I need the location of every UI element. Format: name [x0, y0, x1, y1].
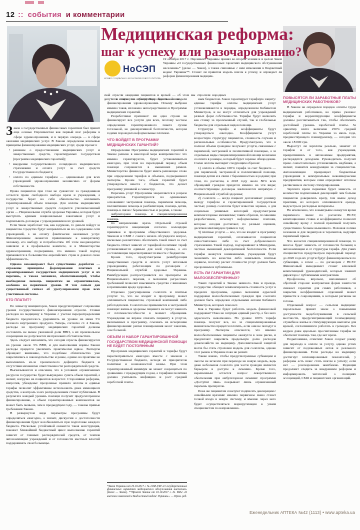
article-paragraph: 2) сооплата — когда пациент доплачивает …: [194, 196, 276, 230]
nosep-logo-tagline: НОВАЯ СОЦИАЛЬНО-ЭКОНОМИЧЕСКАЯ ПОЛИТИКА: [104, 78, 162, 80]
article-paragraph: Не исключено, что в выигрыше окажутся вр…: [283, 208, 356, 238]
article-headline: Медицинская реформа: шаг к успеху или ра…: [101, 24, 285, 59]
article-paragraph: Закон о государственных финансовых гаран…: [6, 126, 100, 147]
article-paragraph: ным бюджетом. Закон гарантирует тарифную…: [194, 97, 276, 127]
section-name-events: события: [28, 10, 62, 19]
article-paragraph: Отдельный вопрос — сельская медицина: па…: [283, 303, 356, 337]
bullet-item: оплата по единым тарифам — одинаковым дл…: [13, 175, 100, 188]
article-paragraph: В развернутом виде параметры программы б…: [6, 411, 100, 445]
bullet-list: решение о предоставлении медицинских усл…: [6, 148, 100, 188]
article-paragraph: Отдельно урегулированы сооплата и платны…: [107, 290, 187, 333]
print-artifact: [38, 1, 44, 4]
article-paragraph: Определение Программы медицинских гарант…: [107, 148, 187, 191]
article-paragraph: а в мире не обнаружено идеальной модели …: [107, 97, 187, 114]
article-paragraph: В Законе не определен порядок оплаты тру…: [283, 105, 356, 144]
article-paragraph: Как в Украине будет работать модель фина…: [194, 307, 276, 354]
headline-line1: Медицинская реформа:: [101, 24, 285, 44]
article-column-3: ным бюджетом. Закон гарантирует тарифную…: [194, 97, 276, 507]
article-paragraph: Вырастут ли зарплаты реально, зависит от…: [283, 144, 356, 187]
portrait-photo-left: [7, 26, 100, 122]
article-paragraph: Кроме того, предусмотрены реимбурсация л…: [107, 255, 187, 289]
article-column-4: ПОВЫСЯТСЯ ЛИ ЗАРАБОТНЫЕ ПЛАТЫ МЕДИЦИНСКИ…: [283, 93, 356, 507]
nosep-logo-name: НоСЭП: [123, 64, 156, 74]
article-paragraph: 3) платные услуги — все, что не входит в…: [194, 230, 276, 269]
article-paragraph: Однако законопроект был существенно дора…: [6, 262, 100, 296]
article-paragraph: По замыслу инициаторов, Закон предусматр…: [6, 304, 100, 338]
print-artifact: [25, 1, 34, 4]
bullet-item: внедрение государственного солидарного м…: [13, 162, 100, 175]
article-paragraph: Зарплата врача первички будет зависеть о…: [283, 187, 356, 208]
article-subheading: ЧТО ВОЙДЕТ В ПРОГРАММУ МЕДИЦИНСКИХ ГАРАН…: [107, 138, 187, 147]
nosep-logo: НоСЭП НОВАЯ СОЦИАЛЬНО-ЭКОНОМИЧЕСКАЯ ПОЛИ…: [104, 60, 162, 90]
article-paragraph: Что касается специализированной помощи, …: [283, 239, 356, 278]
article-paragraph: Программа медицинских гарантий и тарифы …: [107, 349, 187, 383]
article-intro: 19 октября 2017 г. Парламент Украины при…: [163, 57, 282, 79]
article-paragraph: по направлению врача. Отдельной строкой …: [107, 221, 187, 255]
article-paragraph: Подытоживая, отметим: Закон создает рамк…: [283, 337, 356, 380]
article-paragraph: Структура тарифа и коэффициенты будут ут…: [194, 127, 276, 166]
section-name-comments: и комментарии: [66, 10, 125, 19]
article-paragraph: Здесь следует напомнить, что сегодня отр…: [6, 338, 100, 368]
article-paragraph: амбулаторная помощь и специализированная…: [107, 212, 187, 221]
page-number: 12: [6, 10, 15, 19]
drop-cap: З: [6, 126, 14, 136]
header-rule: [6, 21, 228, 22]
article-paragraph: 1) оплата в объеме 100% тарифа за счет б…: [194, 166, 276, 196]
article-paragraph: Также важно, чтобы предусмотренные субве…: [194, 354, 276, 388]
bullet-item: решение о предоставлении медицинских усл…: [13, 148, 100, 161]
article-paragraph: Права пациентов при этом не сужаются: за…: [6, 189, 100, 223]
nosep-logo-icon: [104, 60, 121, 77]
article-paragraph: Пока же пациентам советуют подписать дек…: [194, 389, 276, 410]
article-paragraph: Разработчики признают: ни одна страна не…: [107, 114, 187, 135]
article-paragraph: Перечень услуг Программы закрепляется в …: [107, 191, 187, 212]
portrait-photo-left-image: [7, 26, 100, 122]
article-subheading: ОБЪЕМ И НАБОР ГАРАНТИРОВАННОЙ ГОСУДАРСТВ…: [107, 335, 187, 348]
article-column-2: а в мире не обнаружено идеальной модели …: [107, 97, 187, 481]
article-column-1: Закон о государственных финансовых гаран…: [6, 126, 100, 514]
article-paragraph: Если Закон заработает так, как задумано,…: [6, 223, 100, 262]
section-header: 12 :: события и комментарии: [6, 10, 125, 19]
article-subheading: ПОВЫСЯТСЯ ЛИ ЗАРАБОТНЫЕ ПЛАТЫ МЕДИЦИНСКИ…: [283, 96, 356, 105]
article-paragraph: Профсоюзы, впрочем, напоминают об обратн…: [283, 277, 356, 303]
page-footer: Еженедельник АПТЕКА №42 (1113) • www.apt…: [250, 510, 355, 515]
header-separator: ::: [18, 10, 23, 19]
article-footnote: *Закон Украины от 19.10.2017 г. № 2168-V…: [107, 482, 187, 498]
article-paragraph: Высказываются и опасения, что в условиях…: [6, 368, 100, 411]
article-subheading: КТО ПЛАТИТ?: [6, 298, 100, 302]
article-paragraph: Таких гарантий в Законе немного. Как и п…: [194, 281, 276, 307]
newspaper-page: 12 :: события и комментарии: [0, 0, 360, 530]
article-subheading: ЕСТЬ ЛИ ГАРАНТИИ ДЛЯ МАЛООБЕСПЕЧЕННЫХ?: [194, 271, 276, 280]
